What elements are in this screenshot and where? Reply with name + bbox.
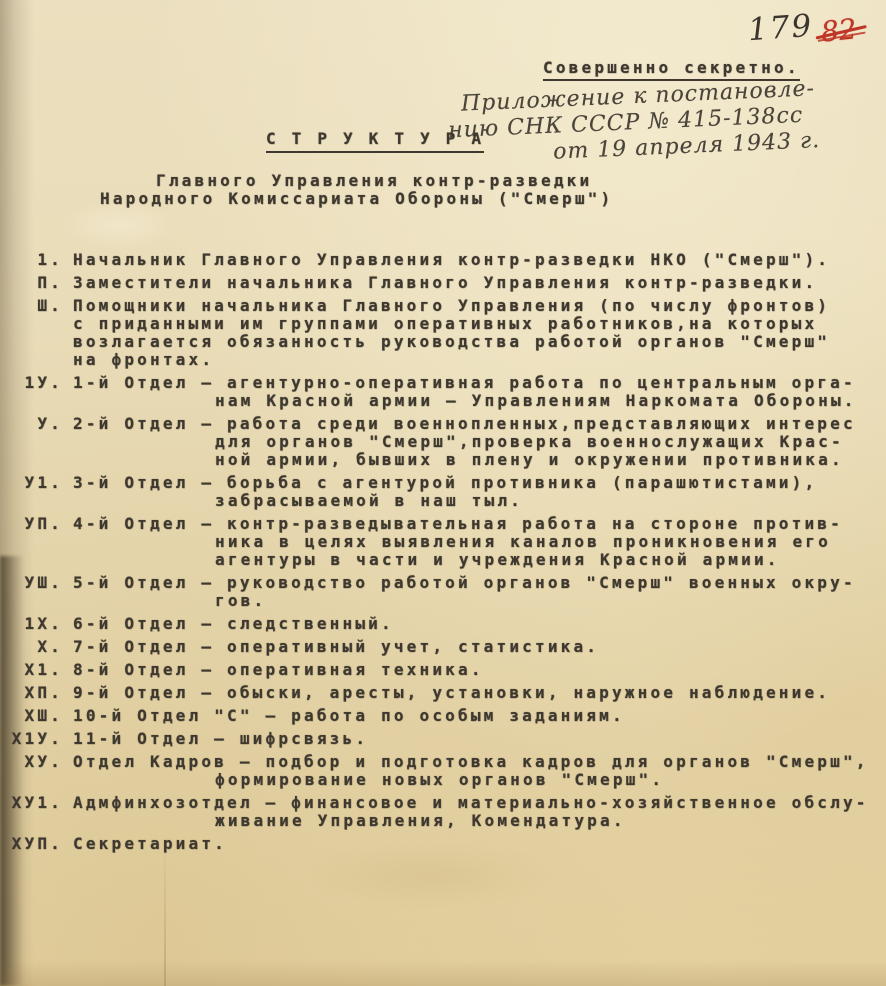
list-item-text: 5-й Отдел – руководство работой органов … bbox=[73, 574, 880, 610]
list-item-text: 4-й Отдел – контр-разведывательная работ… bbox=[73, 515, 880, 569]
list-item-numeral: У1. bbox=[10, 474, 63, 510]
list-item-text: 1-й Отдел – агентурно-оперативная работа… bbox=[73, 374, 880, 410]
list-item: У1. 3-й Отдел – борьба с агентурой проти… bbox=[10, 474, 880, 510]
list-item-text: Помощники начальника Главного Управления… bbox=[73, 297, 876, 369]
handwritten-page-number: 179 bbox=[747, 8, 815, 48]
list-item-numeral: 1. bbox=[10, 251, 63, 269]
list-item-text: 10-й Отдел "С" – работа по особым задани… bbox=[73, 707, 880, 725]
list-item-numeral: 1У. bbox=[10, 374, 63, 410]
list-item: Х1. 8-й Отдел – оперативная техника. bbox=[10, 661, 880, 679]
list-item: У. 2-й Отдел – работа среди военнопленны… bbox=[10, 415, 880, 469]
document-title: С Т Р У К Т У Р А bbox=[266, 130, 484, 148]
paper-crease bbox=[164, 836, 166, 986]
list-item-numeral: Х. bbox=[10, 638, 63, 656]
list-item-numeral: П. bbox=[10, 274, 63, 292]
list-item: ХУП. Секретариат. bbox=[10, 835, 880, 853]
list-item: Х. 7-й Отдел – оперативный учет, статист… bbox=[10, 638, 880, 656]
list-item-text: Начальник Главного Управления контр-разв… bbox=[73, 251, 876, 269]
list-item-numeral: ХУП. bbox=[10, 835, 63, 853]
list-item-numeral: ХУ. bbox=[10, 753, 63, 789]
list-item-text: 7-й Отдел – оперативный учет, статистика… bbox=[73, 638, 880, 656]
handwritten-annotation: Приложение к постановле- нию СНК СССР № … bbox=[447, 72, 886, 170]
list-item: 1. Начальник Главного Управления контр-р… bbox=[10, 251, 880, 269]
list-item-text: Адмфинхозотдел – финансовое и материальн… bbox=[73, 794, 880, 830]
list-item-numeral: УП. bbox=[10, 515, 63, 569]
list-item-numeral: Х1. bbox=[10, 661, 63, 679]
structure-list: 1. Начальник Главного Управления контр-р… bbox=[10, 251, 880, 858]
list-item: П. Заместители начальника Главного Управ… bbox=[10, 274, 880, 292]
list-item: ХП. 9-й Отдел – обыски, аресты, установк… bbox=[10, 684, 880, 702]
list-item: Ш. Помощники начальника Главного Управле… bbox=[10, 297, 880, 369]
list-item: УШ. 5-й Отдел – руководство работой орга… bbox=[10, 574, 880, 610]
list-item: УП. 4-й Отдел – контр-разведывательная р… bbox=[10, 515, 880, 569]
paper-bottom-shadow bbox=[0, 960, 886, 986]
list-item-numeral: УШ. bbox=[10, 574, 63, 610]
list-item-numeral: ХП. bbox=[10, 684, 63, 702]
list-item-text: 3-й Отдел – борьба с агентурой противник… bbox=[73, 474, 880, 510]
list-item-text: Отдел Кадров – подбор и подготовка кадро… bbox=[73, 753, 880, 789]
list-item-numeral: 1Х. bbox=[10, 615, 63, 633]
list-item: ХУ1. Адмфинхозотдел – финансовое и матер… bbox=[10, 794, 880, 830]
list-item-text: 8-й Отдел – оперативная техника. bbox=[73, 661, 880, 679]
list-item-numeral: У. bbox=[10, 415, 63, 469]
list-item-text: 9-й Отдел – обыски, аресты, установки, н… bbox=[73, 684, 880, 702]
list-item: ХУ. Отдел Кадров – подбор и подготовка к… bbox=[10, 753, 880, 789]
list-item-numeral: ХШ. bbox=[10, 707, 63, 725]
list-item-numeral: Ш. bbox=[10, 297, 63, 369]
classification-stamp: Совершенно секретно. bbox=[543, 59, 800, 77]
list-item-text: 11-й Отдел – шифрсвязь. bbox=[73, 730, 880, 748]
list-item: ХШ. 10-й Отдел "С" – работа по особым за… bbox=[10, 707, 880, 725]
list-item-text: Секретариат. bbox=[73, 835, 876, 853]
document-page: 179 82 Совершенно секретно. Приложение к… bbox=[0, 0, 886, 986]
list-item: Х1У. 11-й Отдел – шифрсвязь. bbox=[10, 730, 880, 748]
list-item-numeral: ХУ1. bbox=[10, 794, 63, 830]
list-item: 1Х. 6-й Отдел – следственный. bbox=[10, 615, 880, 633]
document-subtitle: Главного Управления контр-разведки Народ… bbox=[100, 172, 613, 208]
document-title-text: С Т Р У К Т У Р А bbox=[266, 129, 484, 153]
list-item-numeral: Х1У. bbox=[10, 730, 63, 748]
list-item-text: Заместители начальника Главного Управлен… bbox=[73, 274, 876, 292]
list-item-text: 2-й Отдел – работа среди военнопленных,п… bbox=[73, 415, 880, 469]
page-number-group: 179 82 bbox=[748, 10, 857, 47]
list-item: 1У. 1-й Отдел – агентурно-оперативная ра… bbox=[10, 374, 880, 410]
crossed-out-page-number: 82 bbox=[820, 12, 859, 49]
list-item-text: 6-й Отдел – следственный. bbox=[73, 615, 880, 633]
